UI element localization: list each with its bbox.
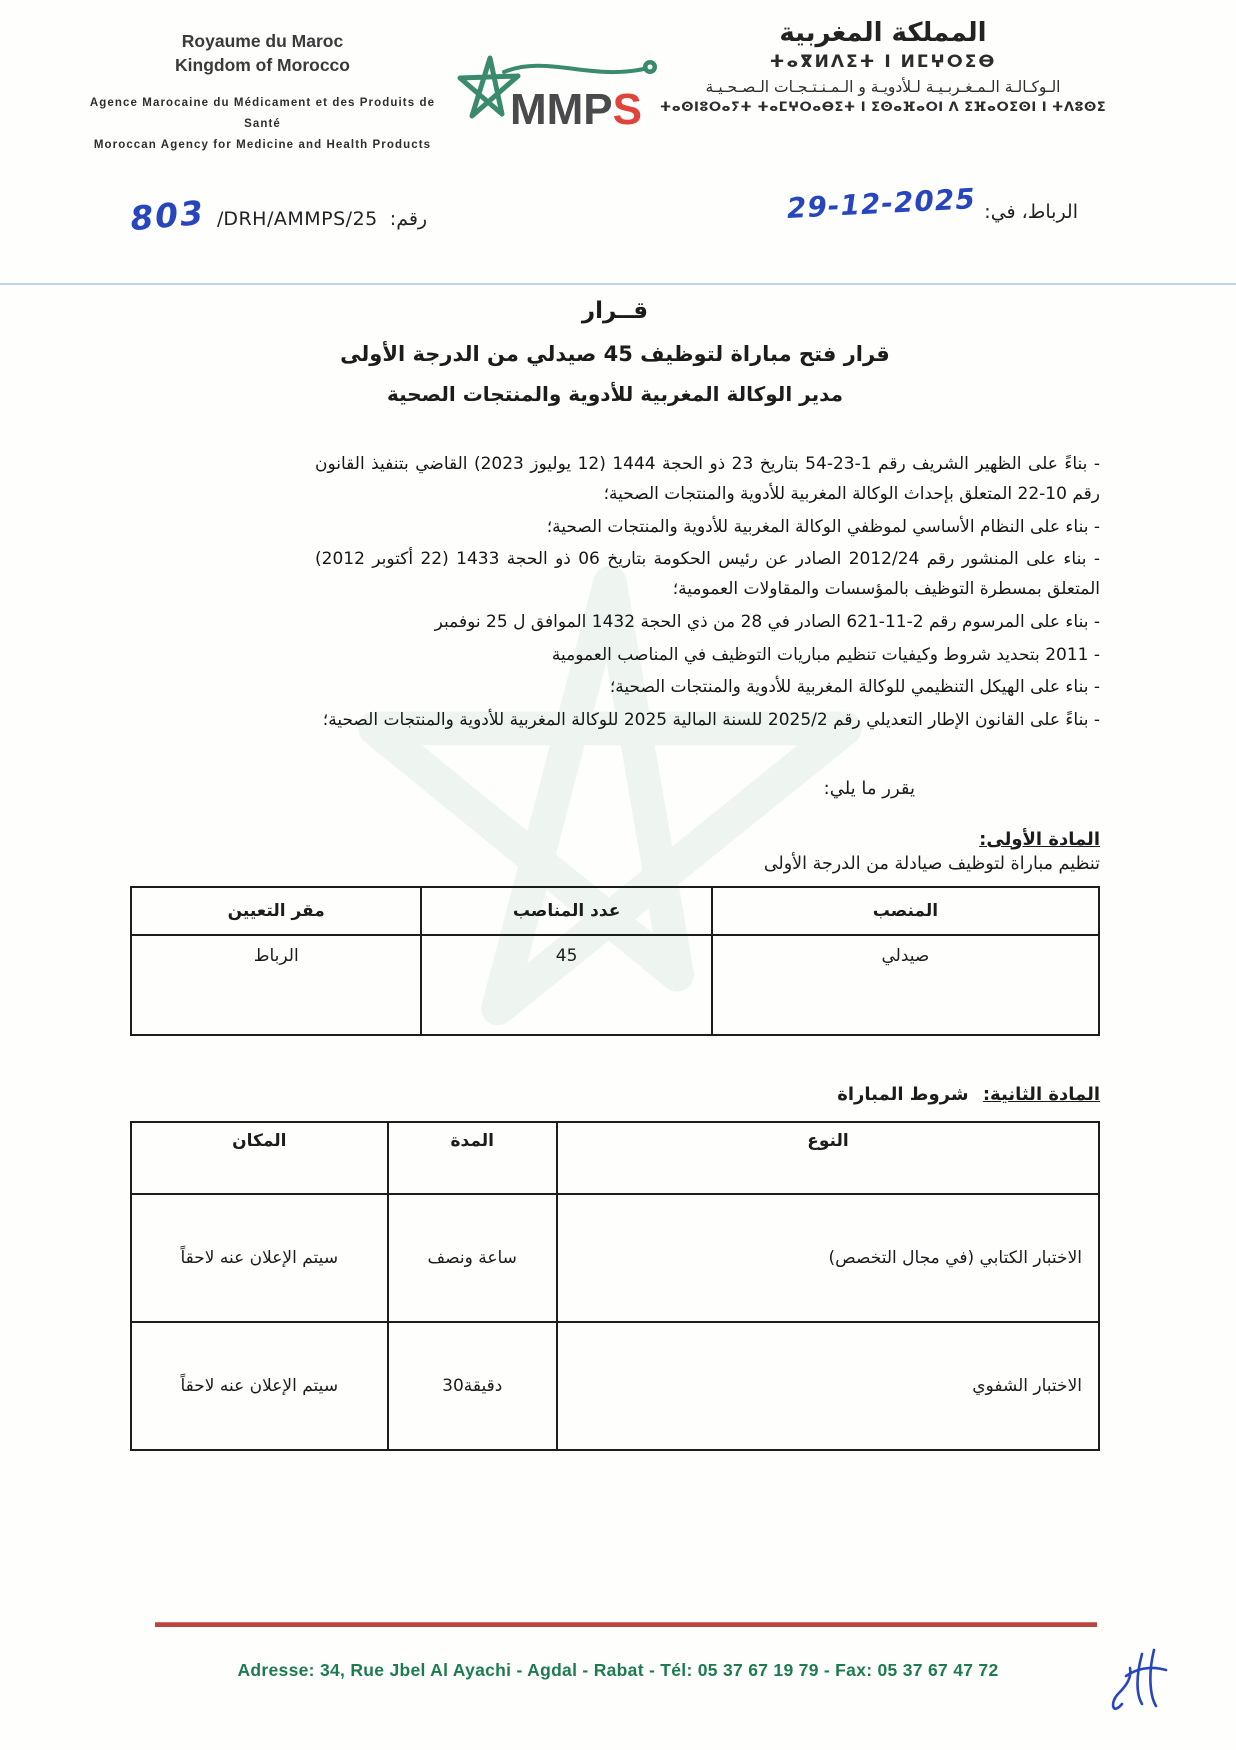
- date-handwritten: 29-12-2025: [786, 182, 977, 225]
- reference-number-handwritten: 803: [129, 193, 207, 238]
- preamble-item: بناءً على القانون الإطار التعديلي رقم 20…: [315, 706, 1100, 736]
- place-value: سيتم الإعلان عنه لاحقاً: [131, 1194, 388, 1322]
- kingdom-arabic: المملكة المغربية: [640, 18, 1126, 48]
- positions-table: المنصب عدد المناصب مقر التعيين صيدلي 45 …: [130, 886, 1100, 1036]
- header-left: Royaume du Maroc Kingdom of Morocco Agen…: [70, 30, 455, 155]
- footer-address: Adresse: 34, Rue Jbel Al Ayachi - Agdal …: [0, 1660, 1236, 1681]
- exam-type-value: الاختبار الكتابي (في مجال التخصص): [557, 1194, 1099, 1322]
- agency-fr: Agence Marocaine du Médicament et des Pr…: [70, 93, 455, 134]
- table-header-row: المنصب عدد المناصب مقر التعيين: [131, 887, 1099, 935]
- article1-heading-label: المادة الأولى:: [979, 829, 1100, 850]
- agency-tifinagh: ⵜⴰⵙⵏⵓⵔⴰⵢⵜ ⵜⴰⵎⵖⵔⴰⴱⵉⵜ ⵏ ⵉⵙⴰⴼⴰⵔⵏ ⴷ ⵉⴼⴰⵔⵉⵙⵏ …: [640, 100, 1126, 115]
- reference-line: رقم: /DRH/AMMPS/25 803: [130, 194, 525, 233]
- preamble-item: بناء على المنشور رقم 2012/24 الصادر عن ر…: [315, 545, 1100, 605]
- table-row: صيدلي 45 الرباط: [131, 935, 1099, 1035]
- preamble-item: 2011 بتحديد شروط وكيفيات تنظيم مباريات ا…: [315, 641, 1100, 671]
- logo-letters-dark: MMP: [510, 85, 613, 134]
- reference-number-typed: /DRH/AMMPS/25: [217, 208, 378, 230]
- header-separator-line: [0, 283, 1236, 285]
- col-duration: المدة: [388, 1122, 557, 1194]
- place-value: سيتم الإعلان عنه لاحقاً: [131, 1322, 388, 1450]
- location-value: الرباط: [131, 935, 421, 1035]
- svg-text:MMPS: MMPS: [510, 85, 642, 134]
- article1-body: تنظيم مباراة لتوظيف صيادلة من الدرجة الأ…: [130, 854, 1100, 874]
- kingdom-en: Kingdom of Morocco: [70, 54, 455, 78]
- decree-intro: يقرر ما يلي:: [130, 778, 915, 799]
- article2-heading: المادة الثانية: شروط المباراة: [130, 1084, 1100, 1105]
- document-page: Royaume du Maroc Kingdom of Morocco Agen…: [0, 0, 1236, 1750]
- table-header-row: النوع المدة المكان: [131, 1122, 1099, 1194]
- exam-type-value: الاختبار الشفوي: [557, 1322, 1099, 1450]
- date-line: الرباط، في: 29-12-2025: [787, 192, 1078, 225]
- decision-issuer: مدير الوكالة المغربية للأدوية والمنتجات …: [130, 382, 1100, 406]
- table-row: الاختبار الكتابي (في مجال التخصص) ساعة و…: [131, 1194, 1099, 1322]
- agency-en: Moroccan Agency for Medicine and Health …: [70, 135, 455, 156]
- col-exam-type: النوع: [557, 1122, 1099, 1194]
- ammps-logo-icon: MMPS: [452, 52, 667, 147]
- col-place: المكان: [131, 1122, 388, 1194]
- preamble-item: بناء على الهيكل التنظيمي للوكالة المغربي…: [315, 673, 1100, 703]
- count-value: 45: [421, 935, 711, 1035]
- footer-separator-line: [155, 1622, 1097, 1627]
- col-count: عدد المناصب: [421, 887, 711, 935]
- document-body: قــرار قرار فتح مباراة لتوظيف 45 صيدلي م…: [130, 292, 1100, 1451]
- kingdom-tifinagh: ⵜⴰⴳⵍⴷⵉⵜ ⵏ ⵍⵎⵖⵔⵉⴱ: [640, 52, 1126, 72]
- col-location: مقر التعيين: [131, 887, 421, 935]
- article2-heading-label: المادة الثانية:: [983, 1084, 1100, 1105]
- duration-value: ساعة ونصف: [388, 1194, 557, 1322]
- article2-heading-subtitle: شروط المباراة: [837, 1084, 968, 1105]
- logo-letter-red: S: [613, 85, 642, 134]
- reference-label: رقم:: [390, 208, 427, 230]
- decision-title: قــرار: [130, 298, 1100, 324]
- decision-subtitle: قرار فتح مباراة لتوظيف 45 صيدلي من الدرج…: [130, 342, 1100, 366]
- date-label: الرباط، في:: [984, 201, 1078, 223]
- table-row: الاختبار الشفوي دقيقة30 سيتم الإعلان عنه…: [131, 1322, 1099, 1450]
- header-right: المملكة المغربية ⵜⴰⴳⵍⴷⵉⵜ ⵏ ⵍⵎⵖⵔⵉⴱ الـوكـ…: [640, 18, 1126, 115]
- signature-icon: [1108, 1642, 1172, 1722]
- kingdom-fr: Royaume du Maroc: [70, 30, 455, 54]
- preamble-item: بناءً على الظهير الشريف رقم 1-23-54 بتار…: [315, 450, 1100, 510]
- preamble-list: بناءً على الظهير الشريف رقم 1-23-54 بتار…: [315, 450, 1100, 736]
- position-value: صيدلي: [712, 935, 1099, 1035]
- preamble-item: بناء على النظام الأساسي لموظفي الوكالة ا…: [315, 513, 1100, 543]
- duration-value: دقيقة30: [388, 1322, 557, 1450]
- agency-arabic: الـوكـالـة الـمـغـربـيـة لـلأدويـة و الـ…: [640, 78, 1126, 96]
- preamble-item: بناء على المرسوم رقم 2-11-621 الصادر في …: [315, 608, 1100, 638]
- col-position: المنصب: [712, 887, 1099, 935]
- exams-table: النوع المدة المكان الاختبار الكتابي (في …: [130, 1121, 1100, 1451]
- article1-heading: المادة الأولى:: [130, 829, 1100, 850]
